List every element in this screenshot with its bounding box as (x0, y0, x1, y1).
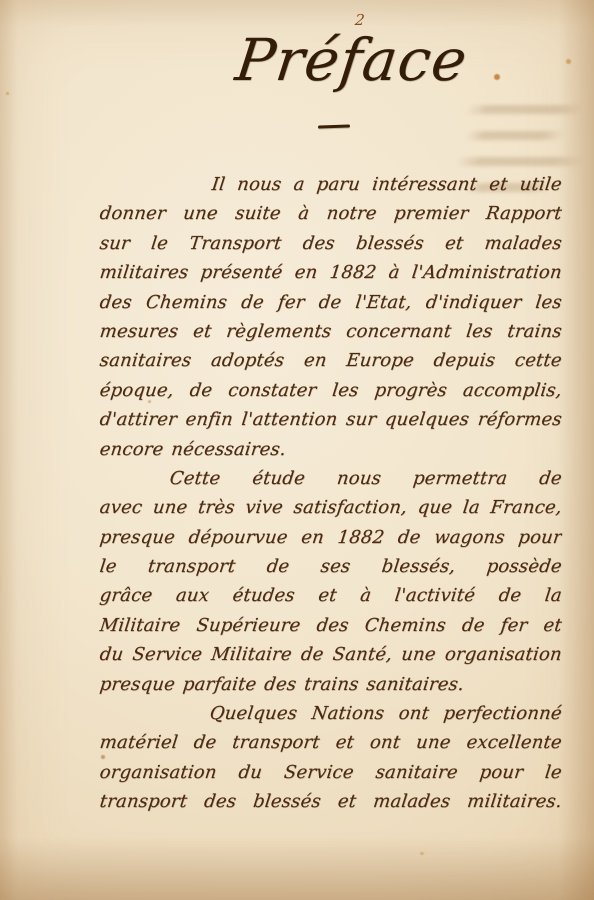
text-line: militaires présenté en 1882 à l'Administ… (98, 258, 564, 287)
text-line: sur le Transport des blessés et malades (98, 229, 564, 258)
text-line: des Chemins de fer de l'Etat, d'indiquer… (98, 288, 564, 317)
manuscript-body: Il nous a paru intéressant et utile de d… (98, 170, 560, 817)
text-line: matériel de transport et ont une excelle… (98, 728, 564, 757)
manuscript-page: 2 Préface Il nous a paru intéressant et … (0, 0, 594, 900)
text-line: Militaire Supérieure des Chemins de fer … (98, 611, 564, 640)
foxing-spot (6, 92, 9, 95)
text-line: du Service Militaire de Santé, une organ… (98, 640, 564, 669)
foxing-spot (494, 74, 500, 80)
title-underline (318, 124, 350, 128)
text-line: d'attirer enfin l'attention sur quelques… (98, 405, 564, 434)
text-line: mesures et règlements concernant les tra… (98, 317, 564, 346)
text-line: Quelques Nations ont perfectionné leur (98, 699, 564, 728)
paragraph-1: Il nous a paru intéressant et utile de d… (98, 170, 560, 464)
foxing-spot (420, 852, 424, 855)
paragraph-2: Cette étude nous permettra de constater,… (98, 464, 560, 699)
text-line: époque, de constater les progrès accompl… (98, 376, 564, 405)
text-line: organisation du Service sanitaire pour l… (98, 758, 564, 787)
text-line: presque dépourvue en 1882 de wagons pour (98, 523, 564, 552)
text-line: Il nous a paru intéressant et utile de (98, 170, 564, 199)
text-line: grâce aux études et à l'activité de la C… (98, 581, 564, 610)
text-line: sanitaires adoptés en Europe depuis cett… (98, 346, 564, 375)
text-line: donner une suite à notre premier Rapport (98, 199, 564, 228)
text-line: Cette étude nous permettra de constater, (98, 464, 564, 493)
text-line: presque parfaite des trains sanitaires. (98, 670, 564, 699)
text-line: transport des blessés et malades militai… (98, 787, 564, 816)
foxing-spot (566, 59, 571, 64)
text-line: avec une très vive satisfaction, que la … (98, 493, 564, 522)
page-title: Préface (232, 26, 456, 94)
paragraph-3: Quelques Nations ont perfectionné leur m… (98, 699, 560, 817)
text-line: le transport de ses blessés, possède act… (98, 552, 564, 581)
text-line: encore nécessaires. (98, 435, 564, 464)
